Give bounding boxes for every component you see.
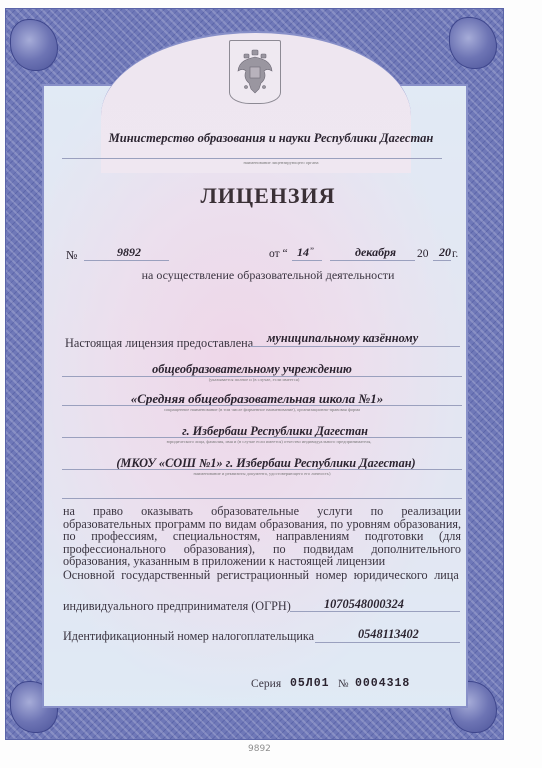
inn-underline xyxy=(315,642,460,643)
issuer-caption: наименование лицензирующего органа xyxy=(243,160,318,165)
month-underline xyxy=(330,260,415,261)
licensee-underline-3 xyxy=(62,405,462,406)
date-from-text: от xyxy=(269,248,280,260)
series-label: Серия xyxy=(251,678,281,690)
series-number-label: № xyxy=(338,678,349,690)
ogrn-label-line-2: индивидуального предпринимателя (ОГРН) xyxy=(63,599,291,614)
ogrn-underline xyxy=(290,611,460,612)
inn-value: 0548113402 xyxy=(358,627,419,642)
date-day: 14 xyxy=(297,245,309,260)
licensee-underline-1 xyxy=(250,346,460,347)
ornament-corner-icon xyxy=(10,19,58,71)
date-year-suffix: г. xyxy=(452,248,458,260)
inn-label: Идентификационный номер налогоплательщик… xyxy=(63,629,314,644)
licensee-underline-4 xyxy=(62,437,462,438)
licensee-underline-5 xyxy=(62,469,462,470)
series-value: 05Л01 xyxy=(290,677,330,690)
issuer-underline xyxy=(62,158,442,159)
licensee-caption-3: юридического лица, фамилия, имя и (в слу… xyxy=(167,439,372,444)
purpose-text: на осуществление образовательной деятель… xyxy=(142,268,395,283)
licensee-caption-1: (указывается полное и (в случае, если им… xyxy=(209,377,300,382)
date-month: декабря xyxy=(355,245,396,260)
coat-of-arms-icon xyxy=(229,40,281,104)
ornament-corner-icon xyxy=(449,17,497,69)
license-number: 9892 xyxy=(117,245,141,260)
handwritten-note: 9892 xyxy=(248,744,271,754)
number-underline xyxy=(84,260,169,261)
licensee-caption-2: сокращенное наименование (в том числе фи… xyxy=(164,407,360,412)
date-year: 20 xyxy=(439,245,451,260)
rights-text: на право оказывать образовательные услуг… xyxy=(63,505,461,568)
day-underline xyxy=(292,260,322,261)
series-number: 0004318 xyxy=(355,677,410,690)
granted-label: Настоящая лицензия предоставлена xyxy=(65,336,253,351)
licensee-line-2: общеобразовательному учреждению xyxy=(152,362,352,377)
document-title: ЛИЦЕНЗИЯ xyxy=(200,183,335,209)
ogrn-value: 1070548000324 xyxy=(324,597,404,612)
issuer-name: Министерство образования и науки Республ… xyxy=(109,131,434,146)
date-quote: ” xyxy=(310,246,314,256)
ogrn-label-line-1: Основной государственный регистрационный… xyxy=(63,568,459,583)
year-underline xyxy=(433,260,451,261)
section-divider xyxy=(62,498,462,499)
number-label: № xyxy=(66,248,77,263)
date-century: 20 xyxy=(417,248,429,260)
licensee-line-1: муниципальному казённому xyxy=(267,331,418,346)
licensee-caption-4: наименование и реквизиты документа, удос… xyxy=(194,471,331,476)
date-from-label: от “ xyxy=(269,248,288,260)
